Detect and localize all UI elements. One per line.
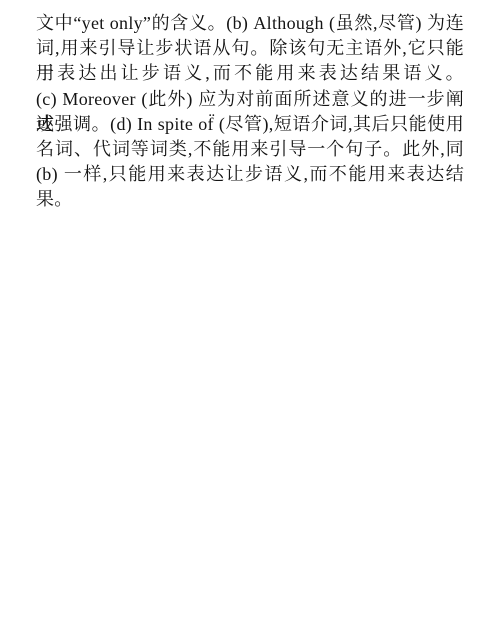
text-line: (c) Moreover (此外) 应为对前面所述意义的进一步阐述 bbox=[36, 87, 464, 112]
text-line: 果。 bbox=[36, 187, 464, 212]
text-line: 词,用来引导让步状语从句。除该句无主语外,它只能用 bbox=[36, 36, 464, 61]
text-line: 于表达出让步语义,而不能用来表达结果语义。 bbox=[36, 61, 464, 86]
text-line: 文中“yet only”的含义。(b) Although (虽然,尽管) 为连 bbox=[36, 11, 464, 36]
text-line: (b) 一样,只能用来表达让步语义,而不能用来表达结 bbox=[36, 162, 464, 187]
text-line: 或强调。(d) In spite of̈ (尽管),短语介词,其后只能使用 bbox=[36, 112, 464, 137]
paragraph: 文中“yet only”的含义。(b) Although (虽然,尽管) 为连 … bbox=[36, 11, 464, 213]
book-page: 文中“yet only”的含义。(b) Although (虽然,尽管) 为连 … bbox=[0, 0, 495, 628]
text-line: 名词、代词等词类,不能用来引导一个句子。此外,同 bbox=[36, 137, 464, 162]
